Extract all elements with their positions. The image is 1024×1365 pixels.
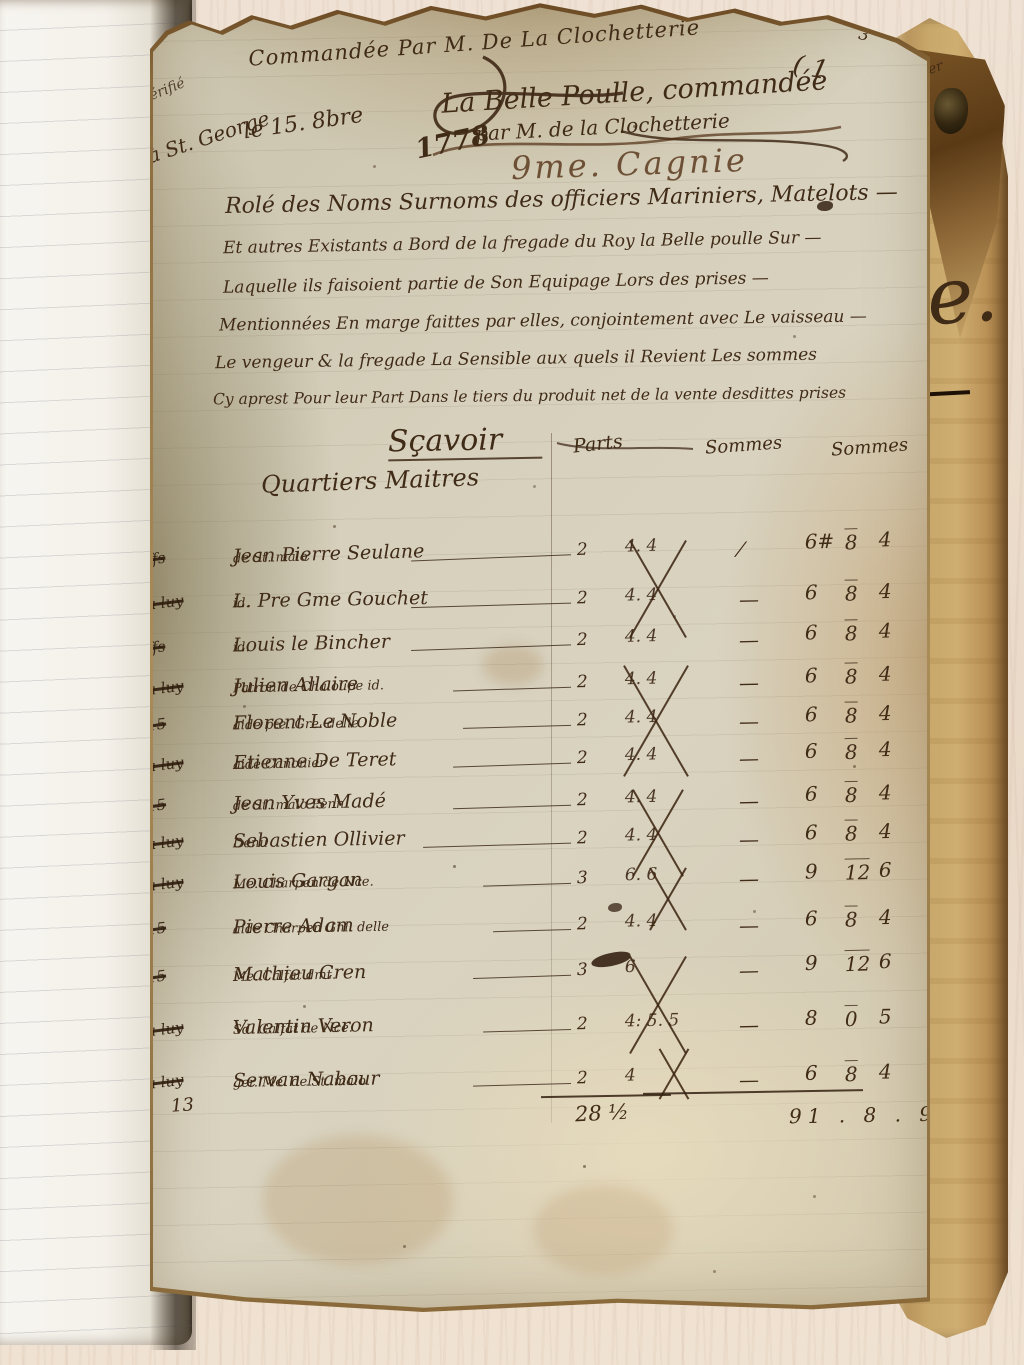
sous: 8 — [845, 701, 858, 727]
livres: 9 — [805, 951, 818, 975]
crew-name: Florent Le Noble — [233, 709, 398, 734]
parts-value: 2 — [577, 790, 588, 810]
parts-value: 2 — [577, 540, 588, 560]
sum-dash: — — [739, 1013, 759, 1037]
livres: 6 — [805, 906, 818, 930]
crossout-mark — [603, 657, 707, 785]
sous: 12 — [845, 950, 871, 977]
livres: 9 — [805, 859, 818, 883]
deniers: 4 — [878, 527, 891, 551]
dotted-leader — [453, 687, 571, 692]
sum-dash: — — [739, 670, 759, 694]
sum-dash: — — [739, 866, 759, 890]
livres: 6 — [805, 1061, 818, 1085]
parts-value: 2 — [577, 748, 588, 768]
sum-dash: ⁄ — [739, 537, 743, 561]
bottom-margin-note: 13 — [170, 1094, 194, 1117]
sum-dash: — — [739, 628, 760, 652]
sous: 8 — [844, 528, 857, 554]
sum-total: 91 . 8 . 9 — [789, 1102, 938, 1129]
sous: 8 — [844, 619, 857, 645]
dotted-leader — [411, 554, 571, 561]
crossout-mark — [615, 863, 719, 935]
savoir-heading: Sçavoir — [388, 422, 543, 462]
sum-dash: — — [739, 913, 759, 937]
sum-dash: — — [739, 709, 759, 733]
livres: 6# — [804, 529, 834, 554]
deniers: 6 — [879, 949, 892, 973]
crew-name: Sebastien Ollivier — [233, 827, 405, 852]
sous: 8 — [845, 1060, 858, 1086]
crossout-mark — [605, 533, 709, 645]
parts-value: 2 — [577, 828, 588, 848]
sous: 8 — [845, 662, 858, 688]
crew-name: Mathieu Cren — [233, 961, 367, 986]
livres: 6 — [805, 820, 818, 844]
deniers: 4 — [879, 1059, 892, 1083]
livres: 8 — [805, 1006, 818, 1030]
sous: 8 — [845, 579, 858, 605]
sous: 0 — [845, 1005, 858, 1031]
sous: 12 — [845, 858, 871, 885]
parts-value: 2 — [577, 1014, 588, 1034]
livres: 6 — [805, 580, 818, 604]
manuscript-page: Commandée Par M. De La Clochetterie La B… — [153, 5, 927, 1309]
parts-value: 2 — [577, 588, 588, 608]
sum-dash: — — [739, 958, 760, 982]
sum-dash: — — [739, 789, 759, 813]
dotted-leader — [483, 1029, 571, 1033]
parts-value: 2 — [577, 1068, 588, 1088]
dotted-leader — [453, 763, 571, 768]
dotted-leader — [411, 603, 571, 608]
crew-name: Jean Yves Madé — [233, 790, 386, 815]
dotted-leader — [483, 883, 571, 887]
deniers: 4 — [878, 618, 891, 642]
sum-dash: — — [739, 827, 759, 851]
dotted-leader — [411, 644, 571, 651]
sous: 8 — [845, 781, 858, 807]
parts-value: 2 — [577, 914, 588, 934]
crew-name: Louis le Bincher — [233, 631, 391, 657]
deniers: 4 — [879, 579, 892, 603]
livres: 6 — [805, 663, 818, 687]
dotted-leader — [463, 725, 571, 729]
dotted-leader — [453, 805, 571, 810]
sum-dash: — — [739, 746, 760, 770]
dotted-leader — [473, 975, 571, 979]
crew-name: L. Pre Gme Gouchet — [233, 587, 428, 612]
sum-dash: — — [739, 1068, 759, 1092]
sum-dash: — — [739, 587, 759, 611]
crew-name: Julien Allaire — [233, 673, 359, 698]
dotted-leader — [473, 1083, 571, 1087]
livres: 6 — [805, 782, 818, 806]
crew-name: Jean Pierre Seulane — [233, 540, 425, 567]
deniers: 4 — [879, 905, 892, 929]
deniers: 5 — [879, 1004, 892, 1028]
livres: 6 — [805, 702, 818, 726]
sous: 8 — [845, 738, 858, 764]
livres: 6 — [805, 620, 818, 644]
crew-name: Etienne De Teret — [233, 748, 397, 774]
parts-value: 3 — [577, 960, 588, 980]
deniers: 4 — [879, 701, 892, 725]
parts-value: 2 — [577, 672, 588, 692]
dotted-leader — [493, 929, 571, 932]
parts-value: 2 — [577, 710, 588, 730]
parts-value: 3 — [577, 868, 588, 888]
deniers: 4 — [879, 819, 892, 843]
parts-total: 28 ½ — [574, 1100, 629, 1127]
dotted-leader — [423, 843, 571, 848]
crew-name: Pierre Adam — [233, 914, 354, 938]
deniers: 4 — [879, 737, 892, 761]
crew-name: Louis Gargan — [233, 869, 363, 894]
crew-name: Valentin Veron — [233, 1014, 374, 1039]
sous: 8 — [845, 819, 858, 845]
crew-name: Servan Nabour — [233, 1068, 380, 1092]
sous: 8 — [845, 905, 858, 931]
deniers: 6 — [879, 858, 892, 882]
deniers: 4 — [879, 780, 892, 804]
deniers: 4 — [879, 662, 892, 686]
livres: 6 — [805, 739, 818, 763]
parts-value: 2 — [577, 630, 588, 650]
